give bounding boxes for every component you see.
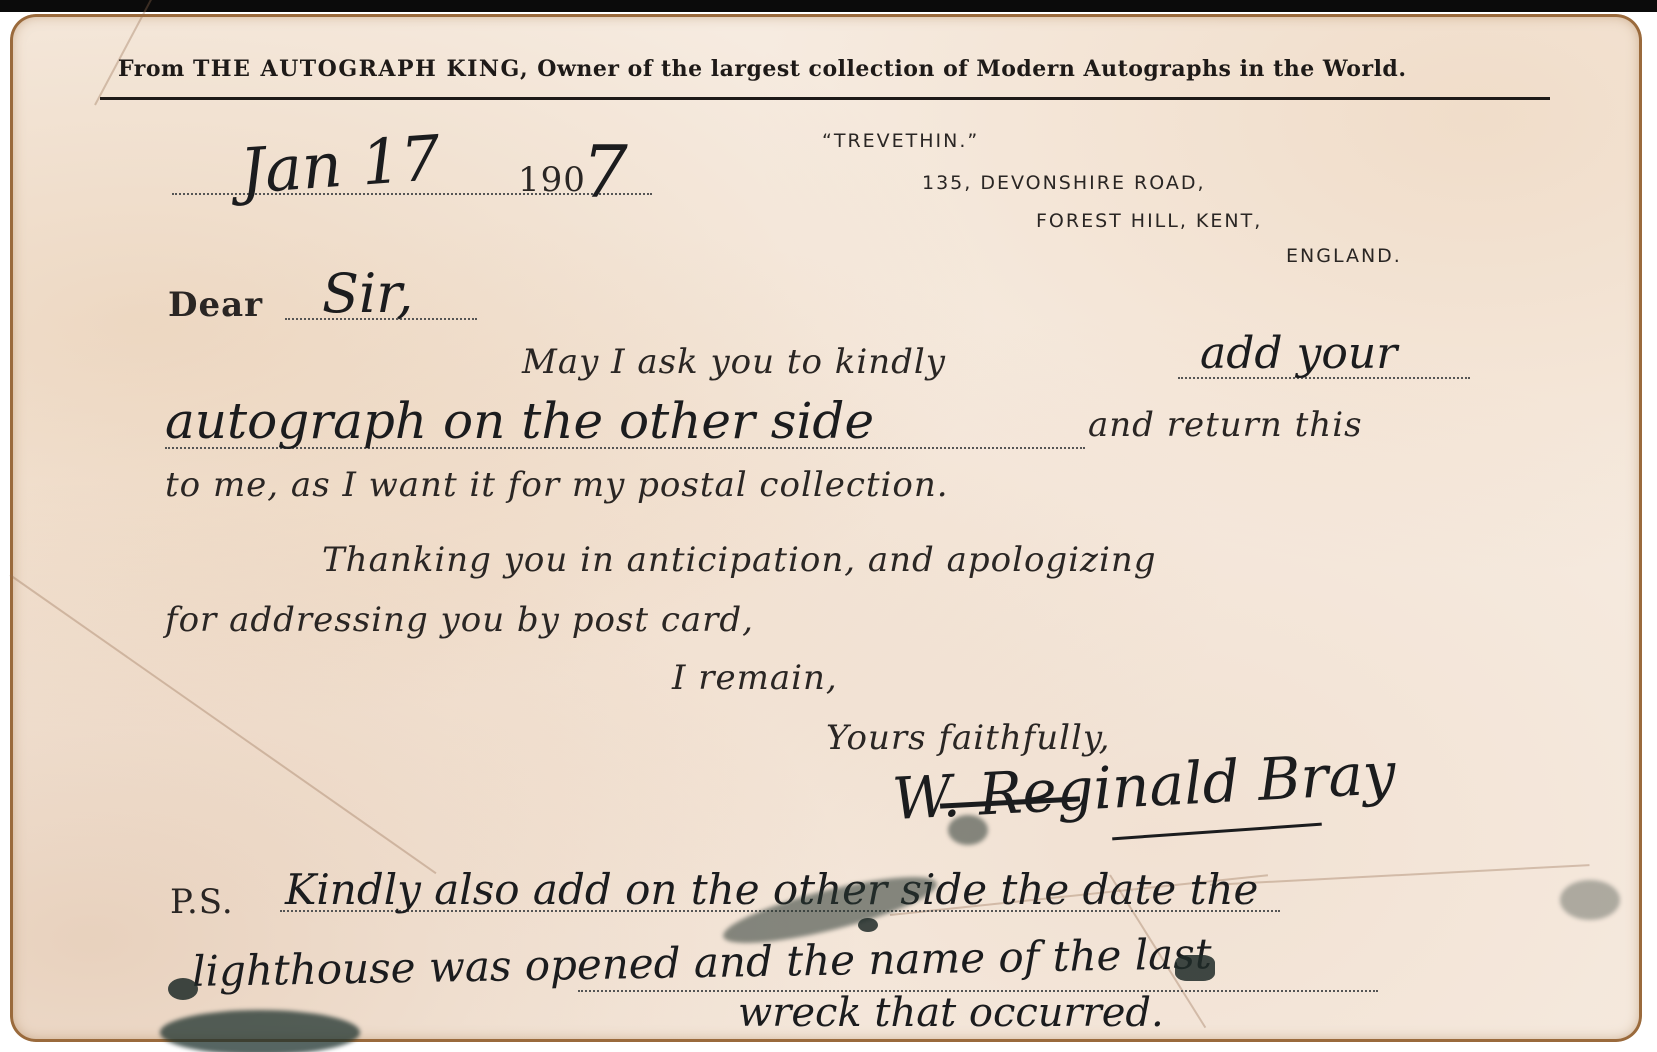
- closing-remain: I remain,: [672, 658, 838, 698]
- ink-smudge: [948, 815, 988, 845]
- body-line1-handwritten: add your: [1200, 328, 1397, 379]
- ps-label: P.S.: [170, 882, 234, 922]
- ink-blot: [1175, 955, 1215, 981]
- header-tagline: Owner of the largest collection of Moder…: [529, 56, 1406, 82]
- top-edge-bar: [0, 0, 1657, 12]
- header-brand: THE AUTOGRAPH KING,: [193, 56, 529, 82]
- header-prefix: From: [118, 56, 193, 82]
- header-rule: [100, 97, 1550, 100]
- ps-line3-handwritten: wreck that occurred.: [738, 990, 1164, 1036]
- address-street: 135, DEVONSHIRE ROAD,: [922, 172, 1206, 194]
- address-house-name: “TREVETHIN.”: [822, 130, 979, 152]
- address-town: FOREST HILL, KENT,: [1036, 210, 1262, 232]
- body-line5-printed: for addressing you by post card,: [165, 600, 754, 640]
- ink-blot: [168, 978, 198, 1000]
- paper-crease: [94, 0, 171, 105]
- body-line3-printed: to me, as I want it for my postal collec…: [165, 465, 949, 505]
- ink-blot: [858, 918, 878, 932]
- body-line2-handwritten: autograph on the other side: [165, 392, 874, 450]
- closing-yours: Yours faithfully,: [826, 718, 1110, 758]
- salutation-handwritten: Sir,: [322, 262, 413, 325]
- body-line1-printed: May I ask you to kindly: [522, 342, 946, 382]
- body-line4-printed: Thanking you in anticipation, and apolog…: [322, 540, 1157, 580]
- salutation-printed: Dear: [168, 285, 263, 325]
- ink-smudge: [1560, 880, 1620, 920]
- date-handwritten: Jan 17: [238, 121, 443, 208]
- date-printed-year: 190: [518, 160, 586, 200]
- address-country: ENGLAND.: [1286, 245, 1402, 267]
- header-line: From THE AUTOGRAPH KING, Owner of the la…: [118, 56, 1528, 82]
- ink-stain: [160, 1010, 360, 1052]
- date-year-suffix: 7: [582, 130, 628, 214]
- body-line2-printed: and return this: [1088, 405, 1363, 445]
